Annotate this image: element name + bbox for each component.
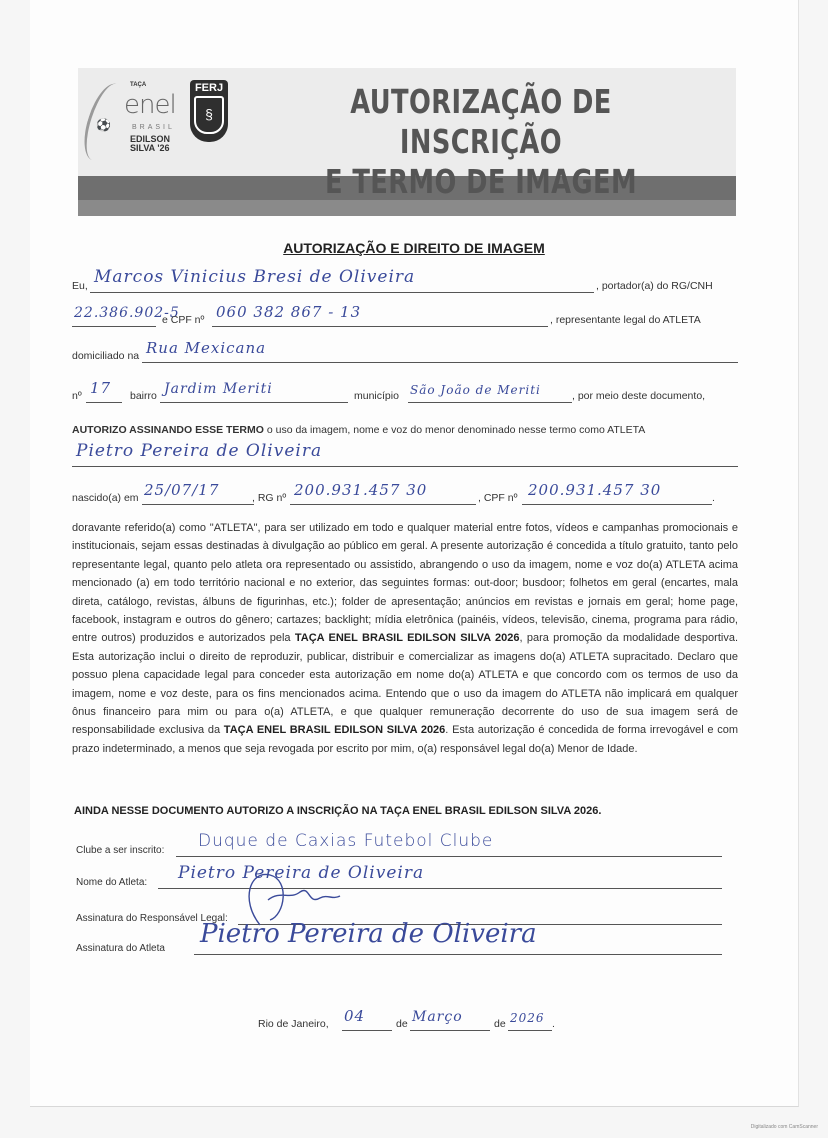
- day-value: 04: [344, 1007, 365, 1025]
- nascido-field[interactable]: 25/07/17: [142, 480, 254, 505]
- banner-title-line1: AUTORIZAÇÃO DE INSCRIÇÃO: [298, 82, 665, 162]
- bairro-value: Jardim Meriti: [164, 381, 273, 397]
- cpf-atleta-label: , CPF nº: [478, 492, 517, 504]
- endereco-field[interactable]: Rua Mexicana: [142, 338, 738, 363]
- month-field[interactable]: Março: [410, 1006, 490, 1031]
- cpf-field[interactable]: 060 382 867 - 13: [212, 302, 548, 327]
- eu-value: Marcos Vinicius Bresi de Oliveira: [94, 267, 415, 287]
- assinatura-atleta-field[interactable]: Pietro Pereira de Oliveira: [194, 930, 722, 955]
- atleta-value: Pietro Pereira de Oliveira: [76, 441, 322, 461]
- clube-value: Duque de Caxias Futebol Clube: [198, 831, 493, 851]
- municipio-field[interactable]: São João de Meriti: [408, 378, 572, 403]
- atleta-field[interactable]: Pietro Pereira de Oliveira: [72, 442, 738, 467]
- por-meio-label: , por meio deste documento,: [572, 390, 705, 402]
- portador-label: , portador(a) do RG/CNH: [596, 280, 713, 292]
- row-nascido: nascido(a) em 25/07/17 , RG nº 200.931.4…: [72, 482, 740, 508]
- numero-label: nº: [72, 390, 82, 402]
- terms-paragraph: doravante referido(a) como "ATLETA", par…: [72, 519, 738, 758]
- taca-enel-logo: ⚽ TAÇA enel BRASIL EDILSON SILVA '26: [88, 78, 183, 170]
- shield-icon: §: [194, 96, 224, 134]
- nascido-value: 25/07/17: [144, 481, 219, 499]
- cpf-atleta-end: .: [712, 492, 715, 504]
- year-value: 2026: [510, 1011, 545, 1025]
- terms-bold-2: TAÇA ENEL BRASIL EDILSON SILVA 2026: [224, 724, 446, 736]
- day-field[interactable]: 04: [342, 1006, 392, 1031]
- ferj-text: FERJ: [190, 80, 228, 94]
- scanner-watermark: Digitalizado com CamScanner: [751, 1124, 818, 1130]
- row-atleta: Pietro Pereira de Oliveira: [72, 444, 740, 470]
- rg-atleta-field[interactable]: 200.931.457 30: [290, 480, 476, 505]
- assinatura-atleta-label: Assinatura do Atleta: [76, 943, 165, 954]
- numero-value: 17: [90, 379, 111, 397]
- year-field[interactable]: 2026: [508, 1006, 552, 1031]
- rg-atleta-value: 200.931.457 30: [294, 481, 427, 499]
- municipio-label: município: [354, 390, 399, 402]
- row-assinatura-atleta: Assinatura do Atleta Pietro Pereira de O…: [76, 928, 724, 958]
- city-label: Rio de Janeiro,: [258, 1018, 329, 1030]
- autorizo-text: AUTORIZO ASSINANDO ESSE TERMO o uso da i…: [72, 424, 645, 436]
- eu-field[interactable]: Marcos Vinicius Bresi de Oliveira: [90, 268, 594, 293]
- terms-part-2: , para promoção da modalidade desportiva…: [72, 632, 738, 736]
- banner-title-line2: E TERMO DE IMAGEM: [298, 162, 665, 202]
- banner-bar-lower: [78, 200, 736, 216]
- bairro-field[interactable]: Jardim Meriti: [160, 378, 348, 403]
- row-eu: Eu, Marcos Vinicius Bresi de Oliveira , …: [72, 270, 740, 296]
- inscricao-heading: AINDA NESSE DOCUMENTO AUTORIZO A INSCRIÇ…: [74, 805, 601, 817]
- terms-bold-1: TAÇA ENEL BRASIL EDILSON SILVA 2026: [295, 632, 520, 644]
- rg-field[interactable]: 22.386.902-5: [72, 302, 156, 327]
- rg-atleta-label: , RG nº: [252, 492, 286, 504]
- autorizo-rest: o uso da imagem, nome e voz do menor den…: [264, 424, 645, 436]
- row-nome-atleta: Nome do Atleta: Pietro Pereira de Olivei…: [76, 862, 724, 892]
- logo-silva: SILVA '26: [130, 143, 170, 153]
- logo-edilson-text: EDILSON SILVA '26: [130, 135, 170, 153]
- row-clube: Clube a ser inscrito: Duque de Caxias Fu…: [76, 830, 724, 860]
- representante-label: , representante legal do ATLETA: [550, 314, 701, 326]
- cpf-atleta-value: 200.931.457 30: [528, 481, 661, 499]
- month-value: Março: [412, 1009, 463, 1025]
- numero-field[interactable]: 17: [86, 378, 122, 403]
- cpf-atleta-field[interactable]: 200.931.457 30: [522, 480, 712, 505]
- nome-atleta-label: Nome do Atleta:: [76, 877, 147, 888]
- assinatura-atleta-value: Pietro Pereira de Oliveira: [200, 919, 537, 949]
- header-banner: ⚽ TAÇA enel BRASIL EDILSON SILVA '26 FER…: [78, 68, 736, 216]
- bairro-label: bairro: [130, 390, 157, 402]
- logo-enel-text: enel: [124, 90, 176, 120]
- soccer-ball-icon: ⚽: [96, 118, 111, 132]
- de-label-1: de: [396, 1018, 408, 1030]
- row-autorizo: AUTORIZO ASSINANDO ESSE TERMO o uso da i…: [72, 414, 740, 440]
- row-bairro: nº 17 bairro Jardim Meriti município São…: [72, 380, 740, 406]
- ferj-logo: FERJ §: [190, 80, 228, 142]
- terms-part-1: doravante referido(a) como "ATLETA", par…: [72, 522, 738, 644]
- date-end: .: [552, 1018, 555, 1030]
- cpf-label: e CPF nº: [162, 314, 204, 326]
- domiciliado-label: domiciliado na: [72, 350, 139, 362]
- logo-brasil-text: BRASIL: [132, 124, 175, 131]
- eu-label: Eu,: [72, 280, 88, 292]
- municipio-value: São João de Meriti: [410, 383, 541, 397]
- row-domicilio: domiciliado na Rua Mexicana: [72, 340, 740, 366]
- date-row: Rio de Janeiro, 04 de Março de 2026 .: [258, 1008, 578, 1034]
- de-label-2: de: [494, 1018, 506, 1030]
- logo-taca-text: TAÇA: [130, 82, 146, 88]
- clube-label: Clube a ser inscrito:: [76, 845, 164, 856]
- autorizo-bold: AUTORIZO ASSINANDO ESSE TERMO: [72, 424, 264, 436]
- section-title: AUTORIZAÇÃO E DIREITO DE IMAGEM: [0, 240, 828, 256]
- endereco-value: Rua Mexicana: [146, 339, 266, 357]
- clube-field[interactable]: Duque de Caxias Futebol Clube: [176, 832, 722, 857]
- banner-title: AUTORIZAÇÃO DE INSCRIÇÃO E TERMO DE IMAG…: [298, 82, 665, 202]
- nascido-label: nascido(a) em: [72, 492, 139, 504]
- cpf-value: 060 382 867 - 13: [216, 303, 361, 321]
- row-rg-cpf: 22.386.902-5 e CPF nº 060 382 867 - 13 ,…: [72, 304, 740, 330]
